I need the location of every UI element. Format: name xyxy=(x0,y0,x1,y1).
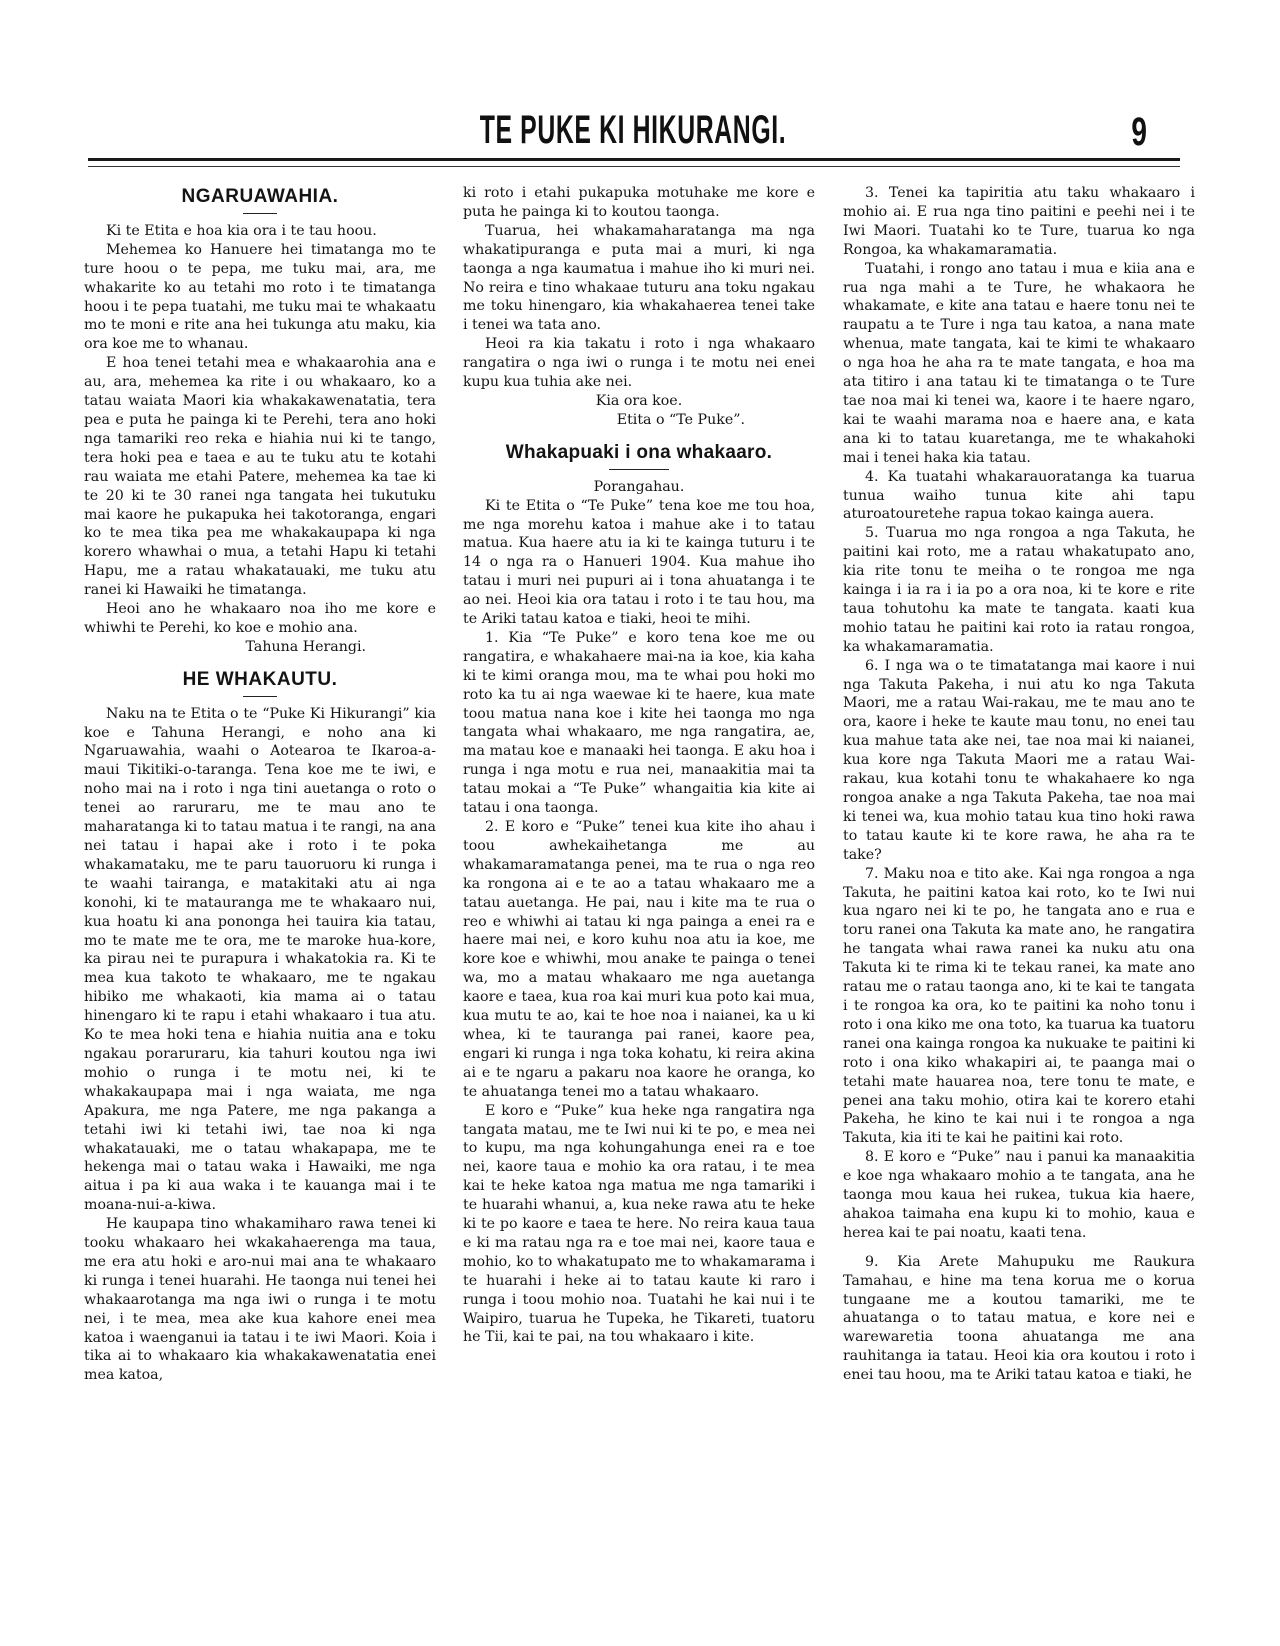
paragraph: Naku na te Etita o te “Puke Ki Hikurangi… xyxy=(84,705,436,1215)
paragraph: Mehemea ko Hanuere hei timatanga mo te t… xyxy=(84,241,436,354)
heading-divider xyxy=(243,213,277,214)
masthead-rule-thin xyxy=(88,166,1180,167)
article-heading: Whakapuaki i ona whakaaro. xyxy=(463,444,815,463)
closing: Kia ora koe. xyxy=(463,392,815,411)
paragraph: E hoa tenei tetahi mea e whakaarohia ana… xyxy=(84,354,436,600)
paragraph: 9. Kia Arete Mahupuku me Raukura Tamahau… xyxy=(843,1253,1195,1385)
signature: Tahuna Herangi. xyxy=(84,638,436,657)
heading-divider xyxy=(609,469,669,470)
column-2: ki roto i etahi pukapuka motuhake me kor… xyxy=(463,184,815,1347)
newspaper-title: TE PUKE KI HIKURANGI. xyxy=(295,108,971,153)
article-heading: HE WHAKAUTU. xyxy=(84,671,436,690)
signature: Etita o “Te Puke”. xyxy=(463,411,815,430)
paragraph: 3. Tenei ka tapiritia atu taku whakaaro … xyxy=(843,184,1195,260)
spacer xyxy=(463,430,815,440)
paragraph: 2. E koro e “Puke” tenei kua kite iho ah… xyxy=(463,818,815,1102)
spacer xyxy=(84,657,436,667)
paragraph: He kaupapa tino whakamiharo rawa tenei k… xyxy=(84,1215,436,1385)
paragraph: Ki te Etita e hoa kia ora i te tau hoou. xyxy=(84,222,436,241)
column-1: NGARUAWAHIA. Ki te Etita e hoa kia ora i… xyxy=(84,184,436,1385)
column-3: 3. Tenei ka tapiritia atu taku whakaaro … xyxy=(843,184,1195,1385)
paragraph: 6. I nga wa o te timatatanga mai kaore i… xyxy=(843,657,1195,865)
paragraph: Ki te Etita o “Te Puke” tena koe me tou … xyxy=(463,497,815,629)
article-continuation: ki roto i etahi pukapuka motuhake me kor… xyxy=(463,184,815,430)
paragraph: 5. Tuarua mo nga rongoa a nga Takuta, he… xyxy=(843,524,1195,656)
paragraph: Tuatahi, i rongo ano tatau i mua e kiia … xyxy=(843,260,1195,468)
article-whakapuaki: Whakapuaki i ona whakaaro. Porangahau. K… xyxy=(463,444,815,1348)
heading-divider xyxy=(243,696,277,697)
page-number: 9 xyxy=(1131,110,1147,155)
masthead-rule-thick xyxy=(88,158,1180,161)
article-he-whakautu: HE WHAKAUTU. Naku na te Etita o te “Puke… xyxy=(84,671,436,1386)
paragraph: ki roto i etahi pukapuka motuhake me kor… xyxy=(463,184,815,222)
article-heading: NGARUAWAHIA. xyxy=(84,188,436,207)
paragraph: 8. E koro e “Puke” nau i panui ka manaak… xyxy=(843,1148,1195,1243)
place-line: Porangahau. xyxy=(463,478,815,497)
article-ngaruawahia: NGARUAWAHIA. Ki te Etita e hoa kia ora i… xyxy=(84,188,436,657)
paragraph: 7. Maku noa e tito ake. Kai nga rongoa a… xyxy=(843,865,1195,1149)
masthead: TE PUKE KI HIKURANGI. 9 xyxy=(88,96,1178,156)
paragraph: 1. Kia “Te Puke” e koro tena koe me ou r… xyxy=(463,629,815,818)
paragraph: 4. Ka tuatahi whakarauoratanga ka tuarua… xyxy=(843,468,1195,525)
paragraph: E koro e “Puke” kua heke nga rangatira n… xyxy=(463,1102,815,1348)
paragraph: Heoi ra kia takatu i roto i nga whakaaro… xyxy=(463,335,815,392)
spacer xyxy=(843,1243,1195,1253)
paragraph: Tuarua, hei whakamaharatanga ma nga whak… xyxy=(463,222,815,335)
paragraph: Heoi ano he whakaaro noa iho me kore e w… xyxy=(84,600,436,638)
